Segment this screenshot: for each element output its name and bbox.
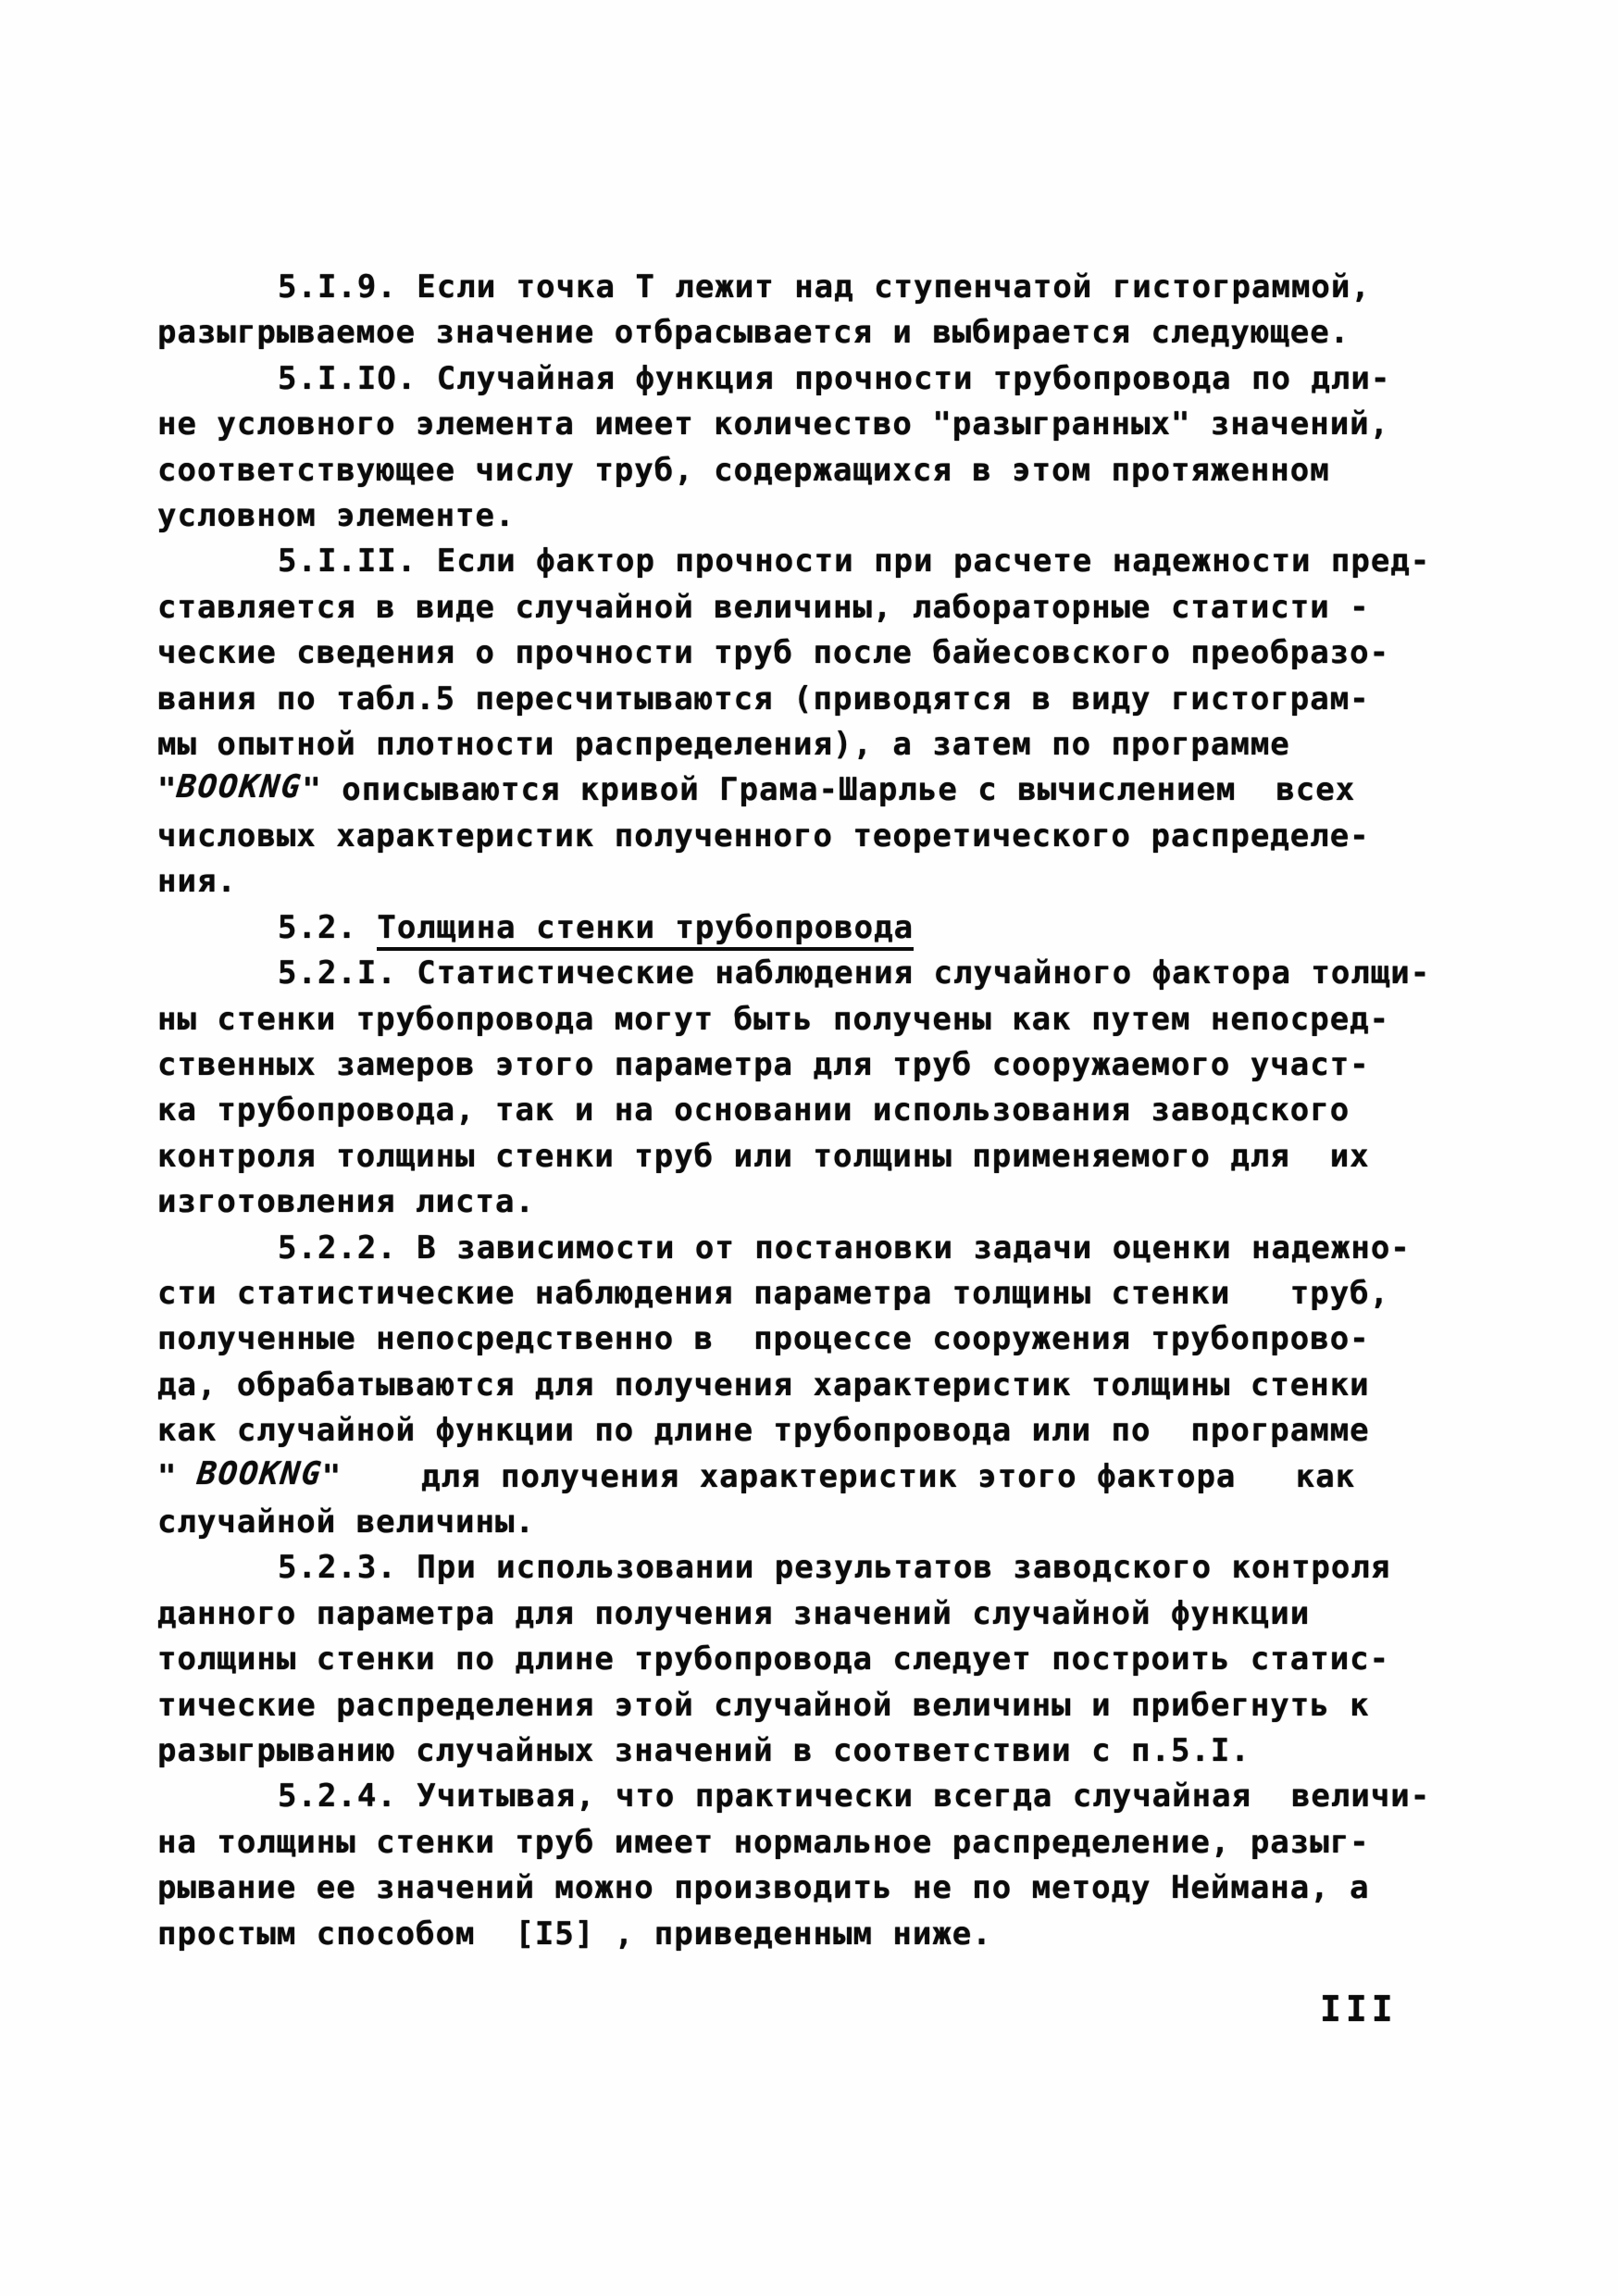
text-run: 5.I.IO. Случайная функция прочности труб… <box>278 360 1390 397</box>
text-line: полученные непосредственно в процессе со… <box>157 1316 1453 1362</box>
text-line: случайной величины. <box>157 1500 1453 1545</box>
text-line: ка трубопровода, так и на основании испо… <box>157 1088 1453 1133</box>
text-run: соответствующее числу труб, содержащихся… <box>157 452 1330 489</box>
text-run: 5.2.2. В зависимости от постановки задач… <box>278 1229 1411 1267</box>
text-run: не условного элемента имеет количество "… <box>157 406 1389 443</box>
text-run: ственных замеров этого параметра для тру… <box>157 1046 1370 1083</box>
text-run: 5.I.II. Если фактор прочности при расчет… <box>278 543 1430 580</box>
text-run: 5.2.4. Учитывая, что практически всегда … <box>278 1778 1430 1815</box>
text-run: полученные непосредственно в процессе со… <box>157 1320 1370 1357</box>
text-run: тические распределения этой случайной ве… <box>157 1687 1370 1724</box>
text-run: " <box>157 771 177 808</box>
text-line: 5.I.II. Если фактор прочности при расчет… <box>157 539 1453 584</box>
text-line: на толщины стенки труб имеет нормальное … <box>157 1820 1453 1865</box>
text-line: не условного элемента имеет количество "… <box>157 402 1453 447</box>
text-run: контроля толщины стенки труб или толщины… <box>157 1138 1370 1175</box>
text-line: 5.2.4. Учитывая, что практически всегда … <box>157 1774 1453 1819</box>
text-run: 5.I.9. Если точка Т лежит над ступенчато… <box>278 268 1371 306</box>
text-line: контроля толщины стенки труб или толщины… <box>157 1134 1453 1179</box>
text-run: ка трубопровода, так и на основании испо… <box>157 1092 1350 1129</box>
text-line: данного параметра для получения значений… <box>157 1591 1453 1637</box>
text-run: разыгрыванию случайных значений в соотве… <box>157 1732 1251 1769</box>
text-run: условном элементе. <box>157 497 515 534</box>
text-line: 5.2.2. В зависимости от постановки задач… <box>157 1226 1453 1271</box>
text-line: ны стенки трубопровода могут быть получе… <box>157 997 1453 1042</box>
text-line: разыгрываемое значение отбрасывается и в… <box>157 310 1453 356</box>
text-run: рывание ее значений можно производить не… <box>157 1869 1370 1906</box>
text-run: 5.2.I. Статистические наблюдения случайн… <box>278 955 1430 992</box>
page-number: III <box>1320 1989 1398 2029</box>
text-run: да, обрабатываются для получения характе… <box>157 1366 1370 1404</box>
text-run: числовых характеристик полученного теоре… <box>157 817 1370 855</box>
text-line: 5.2.I. Статистические наблюдения случайн… <box>157 951 1453 996</box>
text-line: ставляется в виде случайной величины, ла… <box>157 585 1453 630</box>
text-line: "BOOKNG" описываются кривой Грама-Шарлье… <box>157 767 1453 813</box>
text-line: условном элементе. <box>157 493 1453 539</box>
text-line: тические распределения этой случайной ве… <box>157 1683 1453 1728</box>
text-run: вания по табл.5 пересчитываются (приводя… <box>157 680 1370 717</box>
text-run: случайной величины. <box>157 1504 535 1541</box>
text-run: " описываются кривой Грама-Шарлье с вычи… <box>302 771 1355 808</box>
text-run: " для получения характеристик этого факт… <box>322 1458 1355 1495</box>
text-run: ческие сведения о прочности труб после б… <box>157 634 1389 671</box>
text-run: 5.2. <box>278 909 377 946</box>
text-run: 5.2.3. При использовании результатов зав… <box>278 1549 1390 1586</box>
text-line: рывание ее значений можно производить не… <box>157 1865 1453 1911</box>
text-run: " <box>157 1458 197 1495</box>
text-line: вания по табл.5 пересчитываются (приводя… <box>157 677 1453 722</box>
text-run: данного параметра для получения значений… <box>157 1595 1310 1632</box>
text-run: ны стенки трубопровода могут быть получе… <box>157 1001 1389 1038</box>
program-name-bookng: BOOKNG <box>175 765 305 810</box>
text-run: мы опытной плотности распределения), а з… <box>157 726 1290 763</box>
text-run: сти статистические наблюдения параметра … <box>157 1275 1389 1312</box>
text-line: толщины стенки по длине трубопровода сле… <box>157 1637 1453 1682</box>
text-line: соответствующее числу труб, содержащихся… <box>157 448 1453 493</box>
text-line: изготовления листа. <box>157 1179 1453 1225</box>
text-line: ния. <box>157 859 1453 905</box>
text-run: ния. <box>157 863 237 900</box>
text-line: 5.I.IO. Случайная функция прочности труб… <box>157 356 1453 402</box>
text-line: 5.2. Толщина стенки трубопровода <box>157 905 1453 951</box>
text-run: разыгрываемое значение отбрасывается и в… <box>157 314 1350 351</box>
text-run: ставляется в виде случайной величины, ла… <box>157 589 1370 626</box>
text-block: 5.I.9. Если точка Т лежит над ступенчато… <box>157 265 1453 1957</box>
text-run: на толщины стенки труб имеет нормальное … <box>157 1824 1370 1861</box>
text-line: 5.I.9. Если точка Т лежит над ступенчато… <box>157 265 1453 310</box>
text-line: как случайной функции по длине трубопров… <box>157 1408 1453 1454</box>
underlined-heading-text: Толщина стенки трубопровода <box>377 909 914 951</box>
text-run: изготовления листа. <box>157 1183 535 1220</box>
text-line: мы опытной плотности распределения), а з… <box>157 722 1453 767</box>
text-line: разыгрыванию случайных значений в соотве… <box>157 1728 1453 1774</box>
scanned-document-page: 5.I.9. Если точка Т лежит над ступенчато… <box>0 0 1618 2296</box>
text-run: толщины стенки по длине трубопровода сле… <box>157 1641 1389 1678</box>
text-line: ческие сведения о прочности труб после б… <box>157 630 1453 676</box>
text-run: простым способом [I5] , приведенным ниже… <box>157 1915 992 1953</box>
text-line: простым способом [I5] , приведенным ниже… <box>157 1912 1453 1957</box>
program-name-bookng: BOOKNG <box>195 1452 325 1497</box>
text-line: сти статистические наблюдения параметра … <box>157 1271 1453 1316</box>
text-line: ственных замеров этого параметра для тру… <box>157 1042 1453 1088</box>
text-run: как случайной функции по длине трубопров… <box>157 1412 1370 1449</box>
text-line: 5.2.3. При использовании результатов зав… <box>157 1545 1453 1591</box>
text-line: " BOOKNG" для получения характеристик эт… <box>157 1454 1453 1500</box>
text-line: да, обрабатываются для получения характе… <box>157 1363 1453 1408</box>
text-line: числовых характеристик полученного теоре… <box>157 814 1453 859</box>
